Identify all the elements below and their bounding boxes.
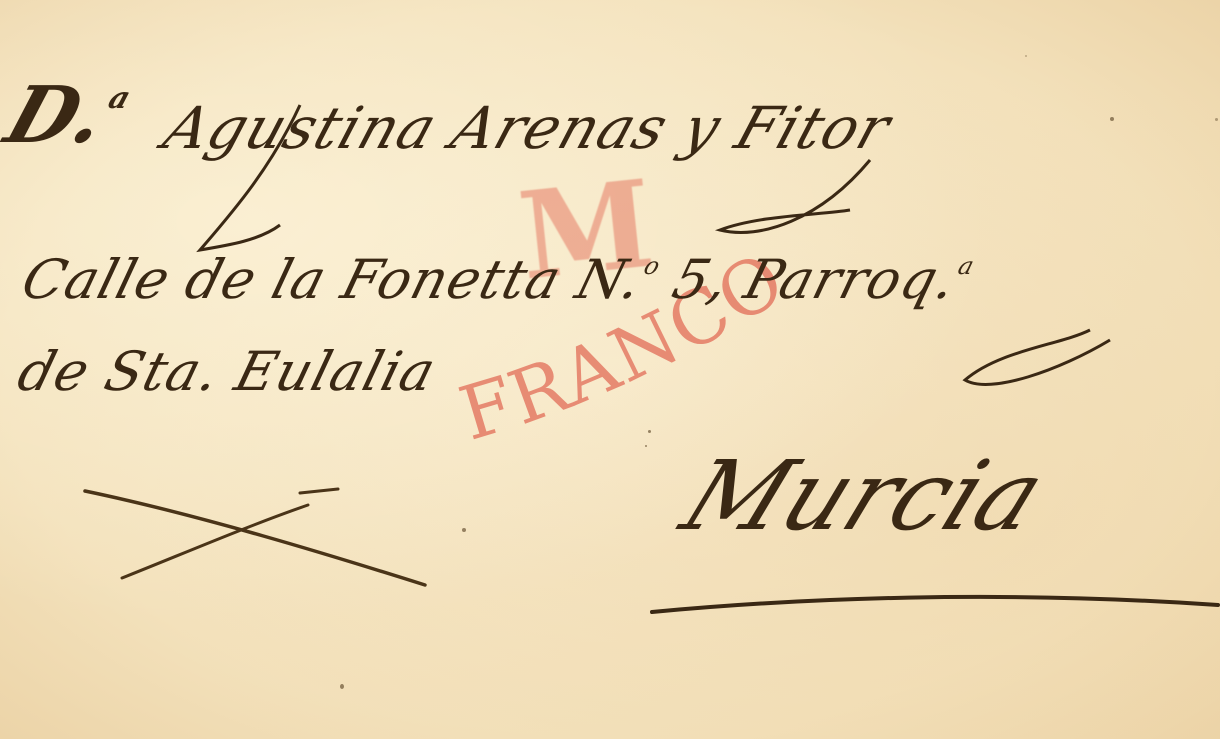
destination-underline — [0, 0, 1220, 739]
letter-cover: M FRANCO D.a Agustina Arenas y Fitor Cal… — [0, 0, 1220, 739]
